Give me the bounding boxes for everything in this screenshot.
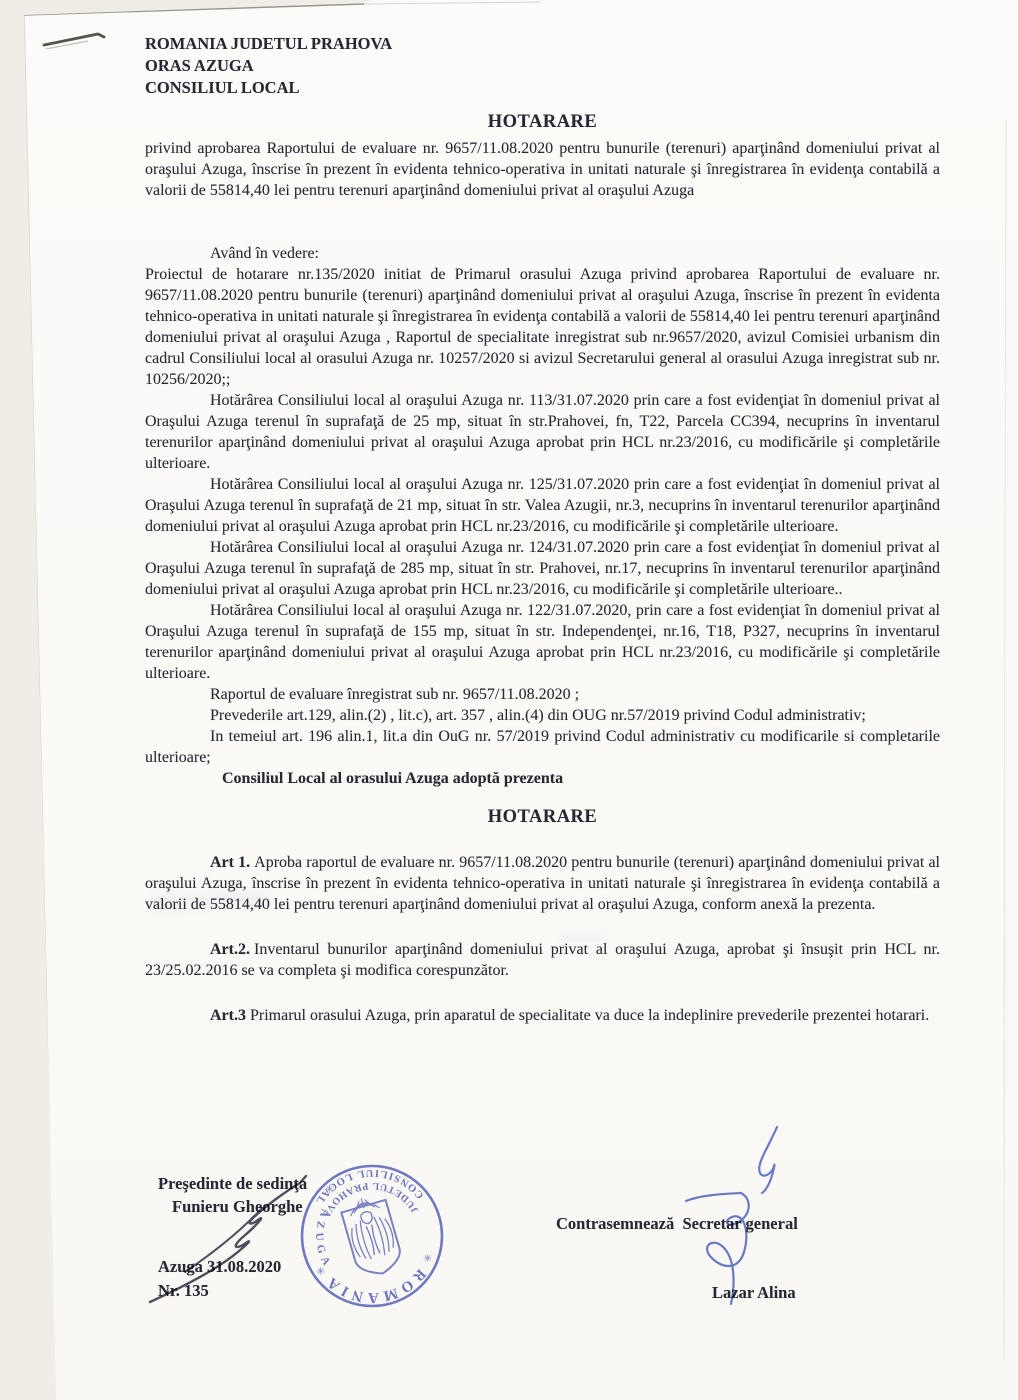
article-label: Art 1. [210, 854, 250, 871]
recitals-section: Proiectul de hotarare nr.135/2020 initia… [145, 264, 940, 768]
date-number-block: Azuga 31.08.2020 Nr. 135 [158, 1255, 281, 1303]
president-role: Preşedinte de sedinţa [158, 1172, 307, 1195]
authority-line-country: ROMANIA JUDETUL PRAHOVA [145, 33, 940, 55]
recital-paragraph: Proiectul de hotarare nr.135/2020 initia… [145, 264, 940, 390]
article-paragraph: Art 1.Aproba raportul de evaluare nr. 96… [145, 852, 940, 915]
authority-line-city: ORAS AZUGA [145, 55, 940, 77]
document-body: ROMANIA JUDETUL PRAHOVA ORAS AZUGA CONSI… [145, 33, 940, 1026]
recital-paragraph: Raportul de evaluare înregistrat sub nr.… [145, 684, 940, 705]
recital-paragraph: Hotărârea Consiliului local al oraşului … [145, 600, 940, 684]
page-top-edge [24, 4, 364, 15]
secretary-signature-block: Contrasemnează Secretar general Lazar Al… [556, 1166, 798, 1350]
authority-line-council: CONSILIUL LOCAL [145, 77, 940, 99]
staple-shadow [46, 41, 88, 49]
scanner-edge-mark [0, 22, 7, 28]
article-label: Art.2. [210, 941, 250, 958]
page-left-edge [24, 15, 54, 1400]
stamp-star-icon: ✳ [316, 1266, 325, 1278]
articles-section: Art 1.Aproba raportul de evaluare nr. 96… [145, 852, 940, 1026]
document-title: HOTARARE [145, 112, 940, 133]
article-paragraph: Art.3Primarul orasului Azuga, prin apara… [145, 1005, 940, 1026]
article-text: Inventarul bunurilor aparţinând domeniul… [145, 941, 940, 979]
president-name: Funieru Gheorghe [158, 1195, 307, 1218]
secretary-role: Contrasemnează Secretar general [556, 1212, 798, 1235]
secretary-name: Lazar Alina [556, 1281, 798, 1304]
recital-paragraph: Hotărârea Consiliului local al oraşului … [145, 474, 940, 537]
stamp-star-icon: ✳ [325, 1184, 334, 1196]
president-signature-block: Preşedinte de sedinţa Funieru Gheorghe [158, 1172, 307, 1218]
stamp-emblem-coat-of-arms [339, 1192, 405, 1280]
decision-number: Nr. 135 [158, 1279, 281, 1303]
article-text: Primarul orasului Azuga, prin aparatul d… [250, 1007, 929, 1024]
preamble-label: Având în vedere: [145, 243, 940, 264]
issuing-authority: ROMANIA JUDETUL PRAHOVA ORAS AZUGA CONSI… [145, 33, 940, 99]
recital-paragraph: In temeiul art. 196 alin.1, lit.a din Ou… [145, 726, 940, 768]
page-top-edge-faint [364, 2, 540, 4]
staple-mark [44, 34, 104, 45]
article-paragraph: Art.2.Inventarul bunurilor aparţinând do… [145, 939, 940, 981]
adoption-line: Consiliul Local al orasului Azuga adoptă… [145, 768, 940, 789]
page-right-crease [1004, 120, 1006, 1360]
stamp-ring-text-azuga: AZUGA [311, 1207, 335, 1273]
decision-title: HOTARARE [145, 807, 940, 828]
recital-paragraph: Hotărârea Consiliului local al oraşului … [145, 537, 940, 600]
official-round-stamp: ROMANIA CONSILIUL LOCAL JUDETUL PRAHOVA … [299, 1163, 447, 1311]
place-date: Azuga 31.08.2020 [158, 1255, 281, 1279]
document-page: ROMANIA JUDETUL PRAHOVA ORAS AZUGA CONSI… [0, 0, 1018, 1400]
recital-paragraph: Hotărârea Consiliului local al oraşului … [145, 390, 940, 474]
stamp-ring-text-romania: ROMANIA [321, 1265, 430, 1309]
recital-paragraph: Prevederile art.129, alin.(2) , lit.c), … [145, 705, 940, 726]
article-text: Aproba raportul de evaluare nr. 9657/11.… [145, 854, 940, 913]
article-label: Art.3 [210, 1007, 246, 1024]
subject-paragraph: privind aprobarea Raportului de evaluare… [145, 138, 940, 201]
stamp-star-icon: ✳ [423, 1253, 432, 1265]
